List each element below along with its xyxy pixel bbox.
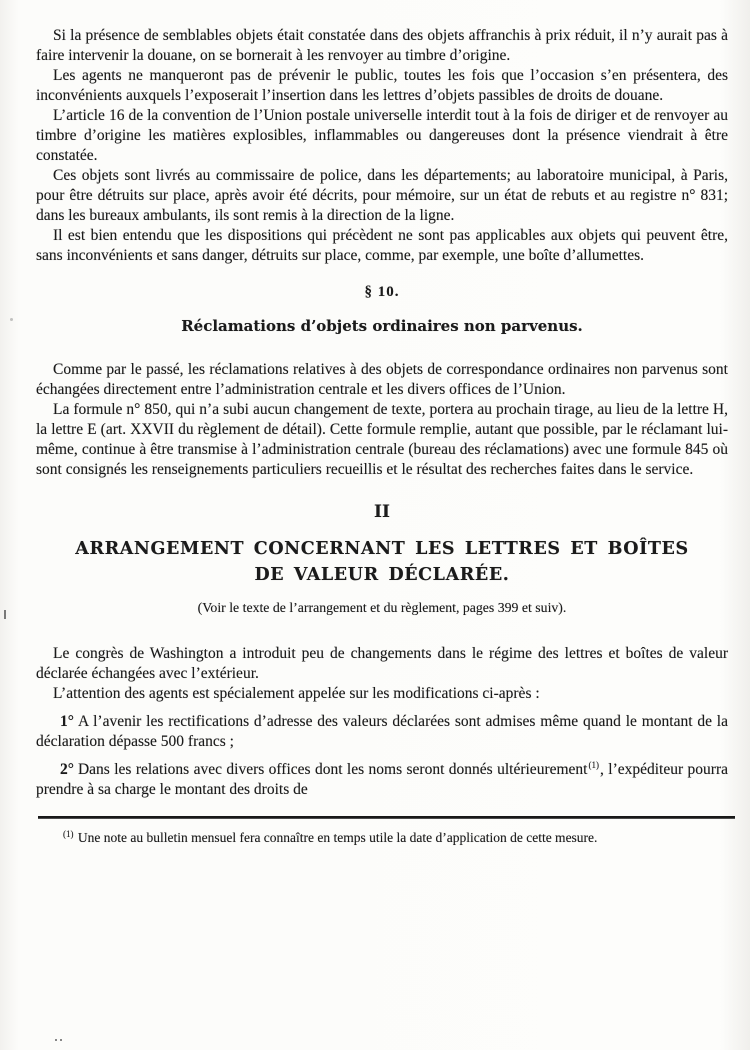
chapter-reference-note: (Voir le texte de l’arrangement et du rè… bbox=[36, 598, 728, 618]
numbered-item-1: 1°A l’avenir les rectifications d’adress… bbox=[36, 712, 728, 752]
scan-artifact bbox=[10, 318, 13, 321]
paragraph: La formule n° 850, qui n’a subi aucun ch… bbox=[36, 400, 728, 480]
item-number: 2° bbox=[60, 761, 74, 778]
scan-artifact bbox=[55, 1036, 62, 1041]
paragraph: L’attention des agents est spécialement … bbox=[36, 684, 728, 704]
item-text: A l’avenir les rectifications d’adresse … bbox=[36, 713, 728, 750]
chapter-number: II bbox=[36, 502, 728, 522]
footnote-ref-marker: (1) bbox=[588, 760, 599, 770]
section-10-subheading: Réclamations d’objets ordinaires non par… bbox=[36, 316, 728, 336]
paragraph: Comme par le passé, les réclamations rel… bbox=[36, 360, 728, 400]
chapter-title-line1: ARRANGEMENT CONCERNANT LES LETTRES ET BO… bbox=[75, 539, 688, 559]
item-text: Dans les relations avec divers offices d… bbox=[78, 761, 588, 778]
numbered-item-2: 2°Dans les relations avec divers offices… bbox=[36, 760, 728, 800]
section-10-heading: § 10. bbox=[36, 282, 728, 302]
paragraph: Il est bien entendu que les dispositions… bbox=[36, 226, 728, 266]
footnote: (1) Une note au bulletin mensuel fera co… bbox=[36, 828, 728, 847]
footnote-separator-rule bbox=[38, 816, 735, 819]
page-text-block: Si la présence de semblables objets étai… bbox=[36, 26, 728, 847]
paragraph: Les agents ne manqueront pas de prévenir… bbox=[36, 66, 728, 106]
paragraph: L’article 16 de la convention de l’Union… bbox=[36, 106, 728, 166]
chapter-title-line2: DE VALEUR DÉCLARÉE. bbox=[255, 565, 510, 585]
paragraph: Si la présence de semblables objets étai… bbox=[36, 26, 728, 66]
scanned-book-page: Si la présence de semblables objets étai… bbox=[0, 0, 750, 1050]
chapter-title: ARRANGEMENT CONCERNANT LES LETTRES ET BO… bbox=[36, 536, 728, 588]
footnote-marker: (1) bbox=[63, 829, 74, 839]
paragraph: Ces objets sont livrés au commissaire de… bbox=[36, 166, 728, 226]
scan-artifact bbox=[4, 610, 6, 619]
item-number: 1° bbox=[60, 713, 74, 730]
footnote-text: Une note au bulletin mensuel fera connaî… bbox=[78, 830, 598, 845]
paragraph: Le congrès de Washington a introduit peu… bbox=[36, 644, 728, 684]
